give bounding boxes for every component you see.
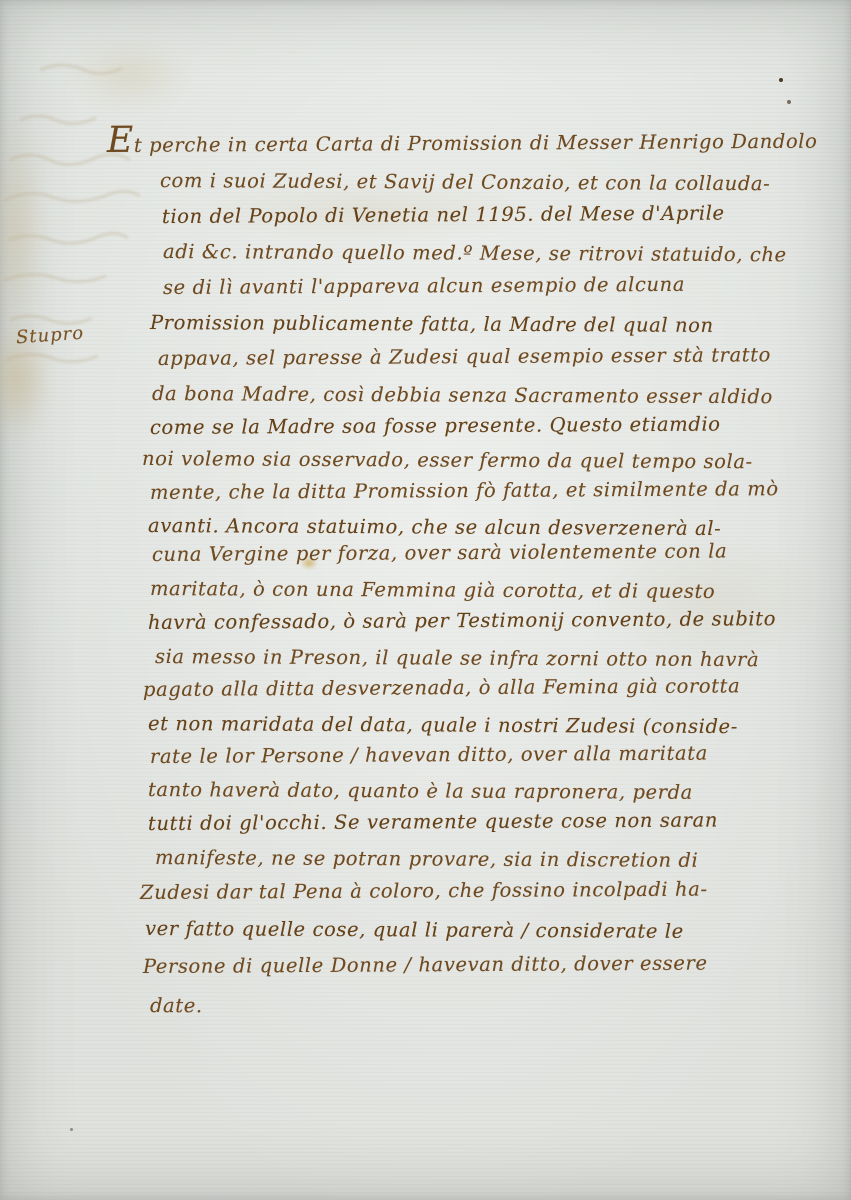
- text-line: mente, che la ditta Promission fò fatta,…: [150, 477, 779, 504]
- text-line: appava, sel paresse à Zudesi qual esempi…: [158, 343, 771, 370]
- margin-note: Stupro: [15, 323, 84, 349]
- text-line: maritata, ò con una Femmina già corotta,…: [150, 577, 715, 603]
- text-line: Promission publicamente fatta, la Madre …: [150, 311, 714, 337]
- ink-speck: [779, 78, 783, 82]
- text-line: da bona Madre, così debbia senza Sacrame…: [152, 382, 773, 408]
- paper-stain: [70, 40, 190, 110]
- ink-speck: [787, 100, 791, 104]
- text-line: tion del Popolo di Venetia nel 1195. del…: [162, 202, 725, 228]
- text-line: tanto haverà dato, quanto è la sua rapro…: [148, 778, 693, 804]
- text-line: pagato alla ditta desverzenada, ò alla F…: [143, 674, 740, 701]
- text-line: Zudesi dar tal Pena à coloro, che fossin…: [140, 878, 708, 904]
- text-line: com i suoi Zudesi, et Savij del Conzaio,…: [160, 169, 770, 195]
- ink-speck: [70, 1128, 73, 1131]
- text-line: havrà confessado, ò sarà per Testimonij …: [148, 607, 776, 634]
- text-line: rate le lor Persone / havevan ditto, ove…: [150, 742, 708, 768]
- text-line: se di lì avanti l'appareva alcun esempio…: [163, 273, 685, 299]
- text-line: adi &c. intrando quello med.º Mese, se r…: [163, 240, 787, 266]
- text-line: Et perche in certa Carta di Promission d…: [107, 127, 818, 157]
- text-line: noi volemo sia osservado, esser fermo da…: [142, 447, 753, 473]
- paper-stain: [0, 120, 46, 340]
- text-line: et non maridata del data, quale i nostri…: [148, 712, 738, 738]
- text-line: tutti doi gl'occhi. Se veramente queste …: [148, 809, 718, 835]
- text-line: avanti. Ancora statuimo, che se alcun de…: [148, 514, 721, 540]
- text-line: Persone di quelle Donne / havevan ditto,…: [143, 952, 708, 978]
- text-line: come se la Madre soa fosse presente. Que…: [150, 413, 721, 439]
- text-line: sia messo in Preson, il quale se infra z…: [155, 645, 759, 671]
- text-line: ver fatto quelle cose, qual li parerà / …: [145, 917, 684, 943]
- text-line: cuna Vergine per forza, over sarà violen…: [152, 539, 727, 566]
- manuscript-page: Stupro Et perche in certa Carta di Promi…: [0, 0, 851, 1200]
- text-line: manifeste, ne se potran provare, sia in …: [155, 846, 698, 872]
- text-line: date.: [150, 994, 203, 1017]
